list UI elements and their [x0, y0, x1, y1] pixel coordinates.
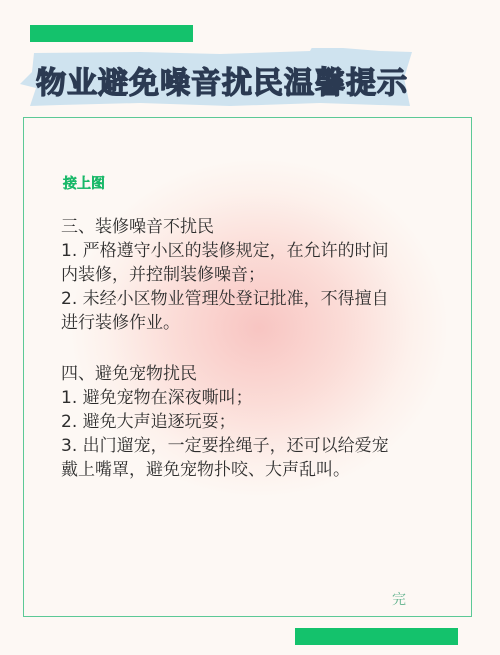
- page-title: 物业避免噪音扰民温馨提示: [36, 58, 408, 102]
- bottom-accent-bar: [295, 628, 458, 645]
- continued-label: 接上图: [63, 173, 105, 193]
- top-accent-bar: [30, 25, 193, 42]
- section-renovation-noise: 三、装修噪音不扰民 1. 严格遵守小区的装修规定，在允许的时间 内装修，并控制装…: [61, 215, 461, 335]
- section-pet-noise: 四、避免宠物扰民 1. 避免宠物在深夜嘶叫； 2. 避免大声追逐玩耍； 3. 出…: [61, 362, 461, 482]
- end-mark: 完: [392, 589, 406, 609]
